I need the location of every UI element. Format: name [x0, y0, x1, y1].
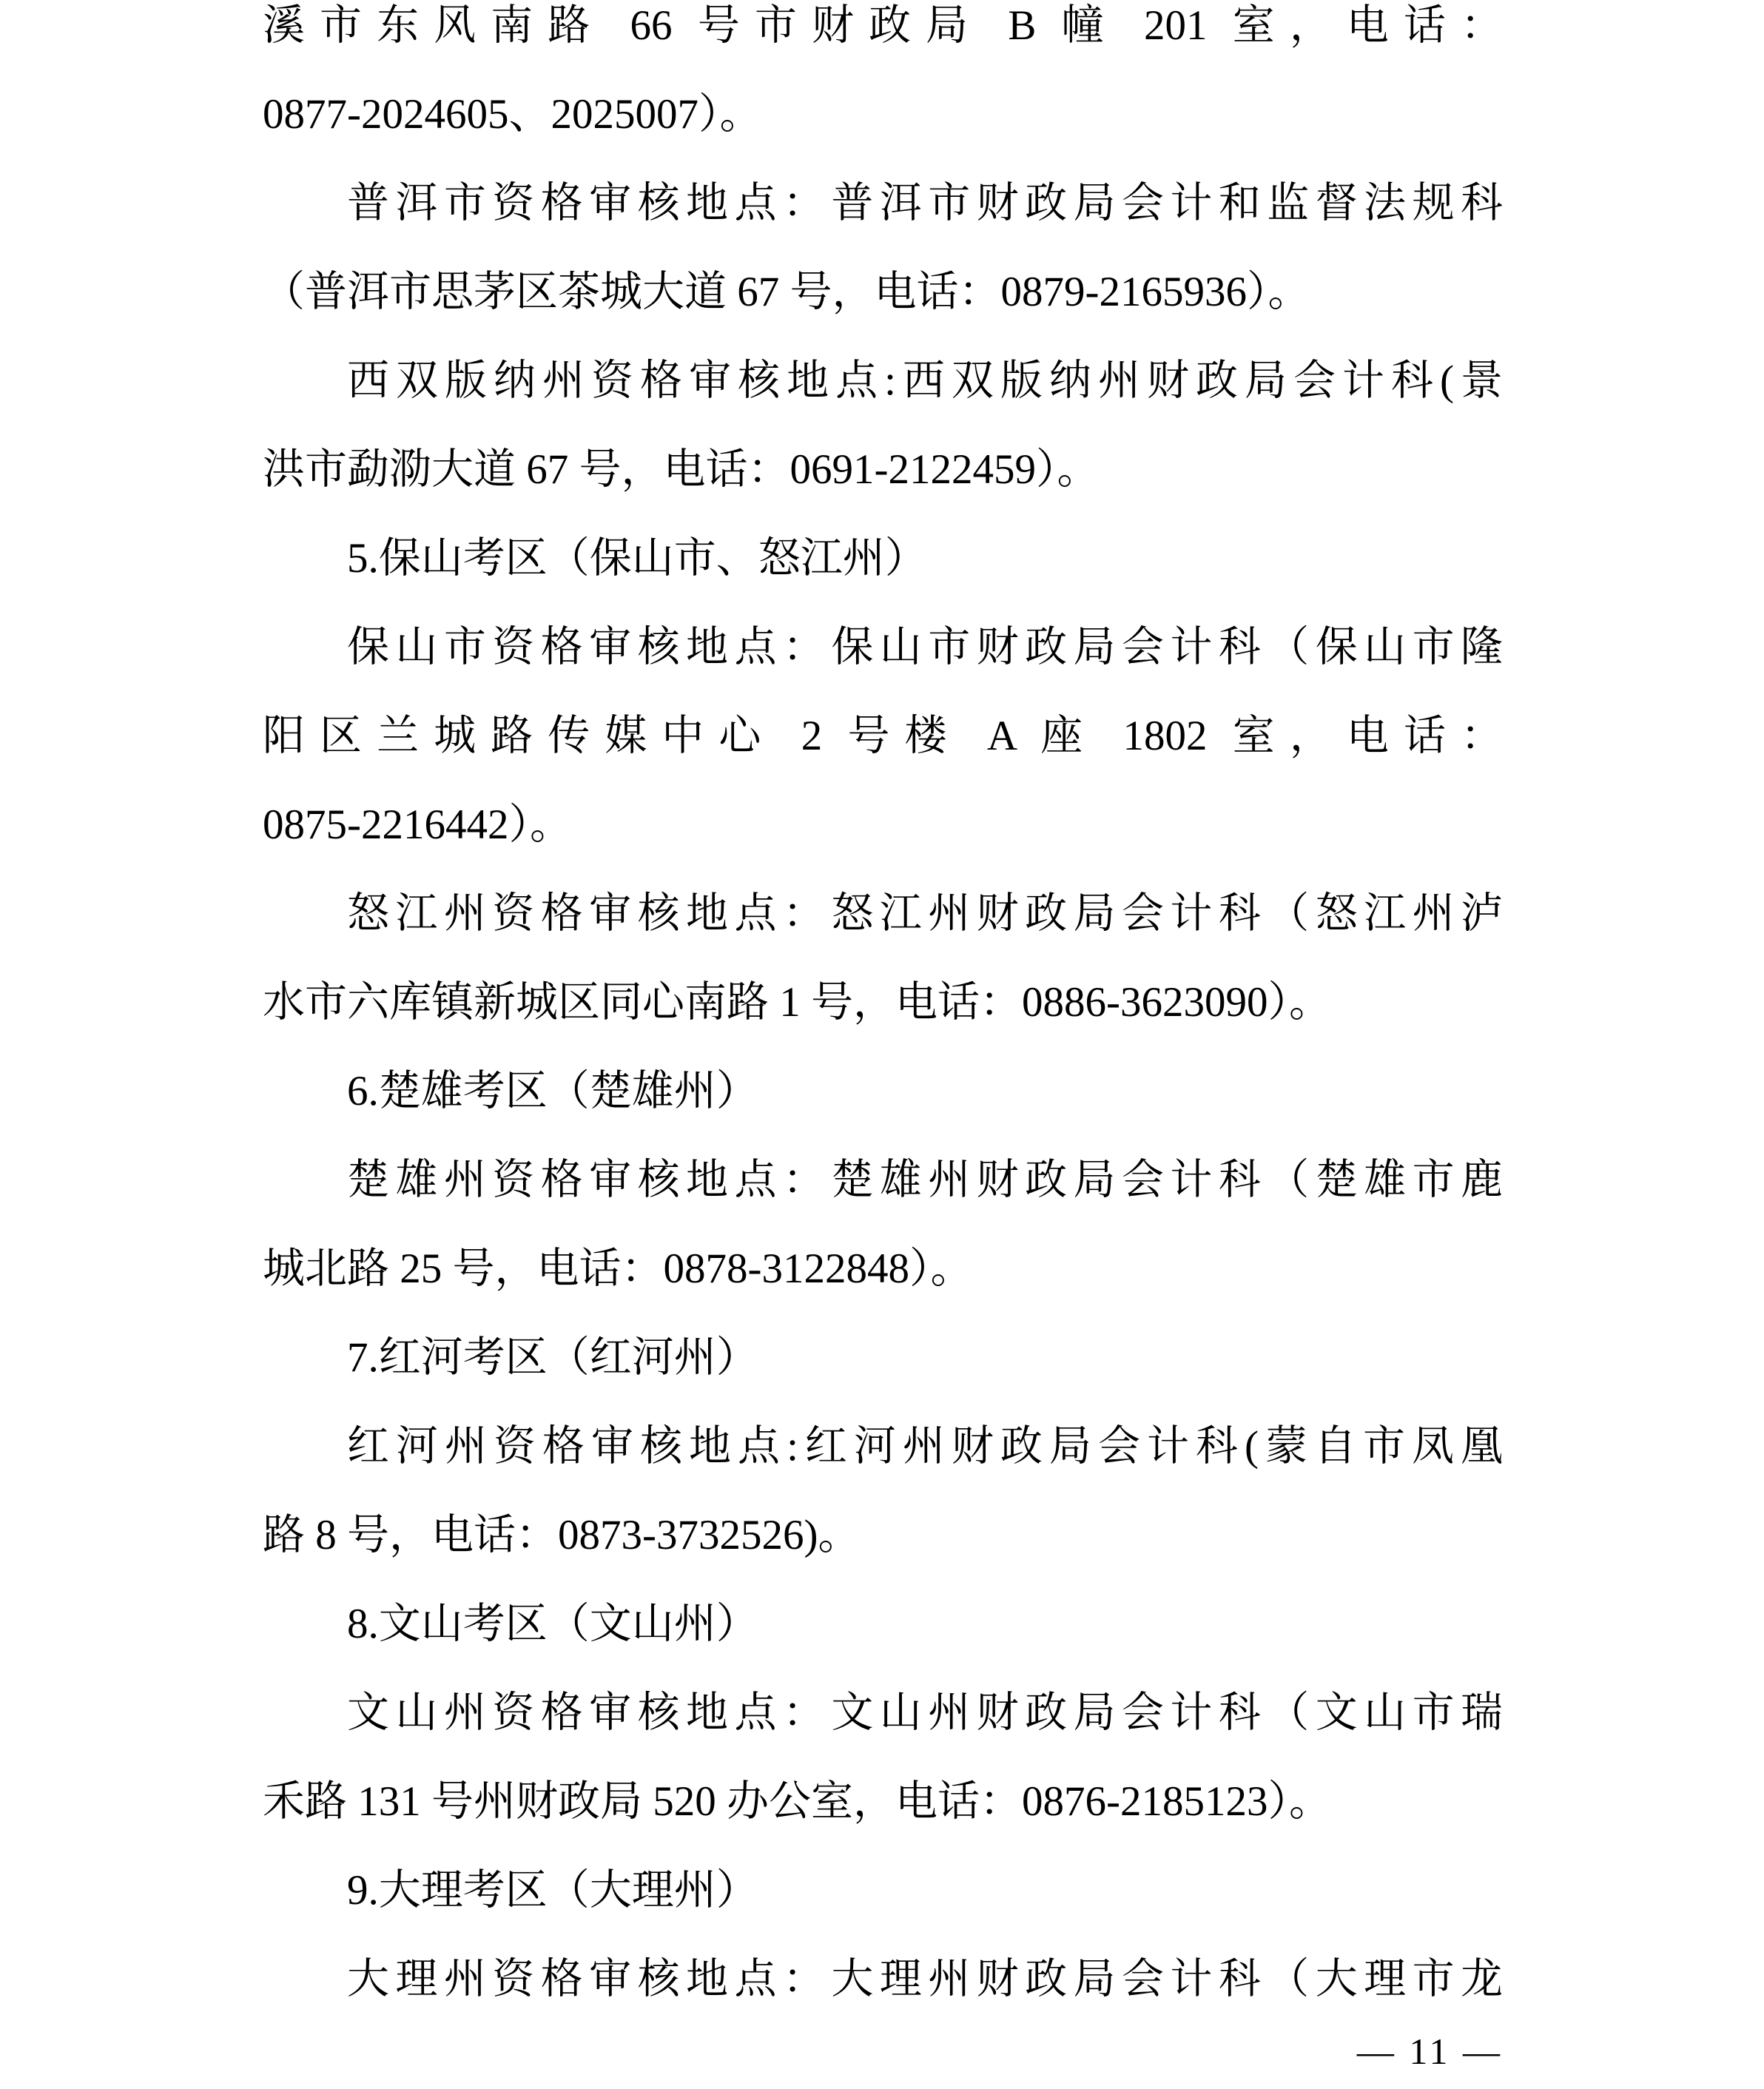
document-line: 7.红河考区（红河州）	[263, 1313, 1503, 1402]
document-body: 溪市东风南路 66 号市财政局 B 幢 201 室，电话：0877-202460…	[263, 0, 1503, 2024]
document-line: 8.文山考区（文山州）	[263, 1580, 1503, 1669]
document-line: 阳区兰城路传媒中心 2 号楼 A 座 1802 室，电话：	[263, 692, 1503, 781]
document-line: 楚雄州资格审核地点：楚雄州财政局会计科（楚雄市鹿	[263, 1136, 1503, 1225]
document-line: 溪市东风南路 66 号市财政局 B 幢 201 室，电话：	[263, 0, 1503, 70]
document-line: 0877-2024605、2025007）。	[263, 70, 1503, 159]
document-line: 洪市勐泐大道 67 号，电话：0691-2122459）。	[263, 425, 1503, 514]
document-line: 水市六库镇新城区同心南路 1 号，电话：0886-3623090）。	[263, 958, 1503, 1047]
document-line: 禾路 131 号州财政局 520 办公室，电话：0876-2185123）。	[263, 1757, 1503, 1846]
document-line: 6.楚雄考区（楚雄州）	[263, 1047, 1503, 1136]
document-line: 9.大理考区（大理州）	[263, 1846, 1503, 1935]
document-line: 西双版纳州资格审核地点:西双版纳州财政局会计科(景	[263, 337, 1503, 425]
document-line: 路 8 号，电话：0873-3732526)。	[263, 1491, 1503, 1580]
document-page: 溪市东风南路 66 号市财政局 B 幢 201 室，电话：0877-202460…	[0, 0, 1764, 2089]
document-line: 大理州资格审核地点：大理州财政局会计科（大理市龙	[263, 1935, 1503, 2024]
document-line: 红河州资格审核地点:红河州财政局会计科(蒙自市凤凰	[263, 1402, 1503, 1491]
document-line: 文山州资格审核地点：文山州财政局会计科（文山市瑞	[263, 1669, 1503, 1757]
document-line: 怒江州资格审核地点：怒江州财政局会计科（怒江州泸	[263, 869, 1503, 958]
document-line: 5.保山考区（保山市、怒江州）	[263, 514, 1503, 603]
document-line: 城北路 25 号，电话：0878-3122848）。	[263, 1225, 1503, 1313]
document-line: （普洱市思茅区茶城大道 67 号，电话：0879-2165936）。	[263, 248, 1503, 337]
document-line: 保山市资格审核地点：保山市财政局会计科（保山市隆	[263, 603, 1503, 692]
document-line: 0875-2216442）。	[263, 781, 1503, 869]
page-number: — 11 —	[263, 2029, 1503, 2073]
document-line: 普洱市资格审核地点：普洱市财政局会计和监督法规科	[263, 159, 1503, 248]
